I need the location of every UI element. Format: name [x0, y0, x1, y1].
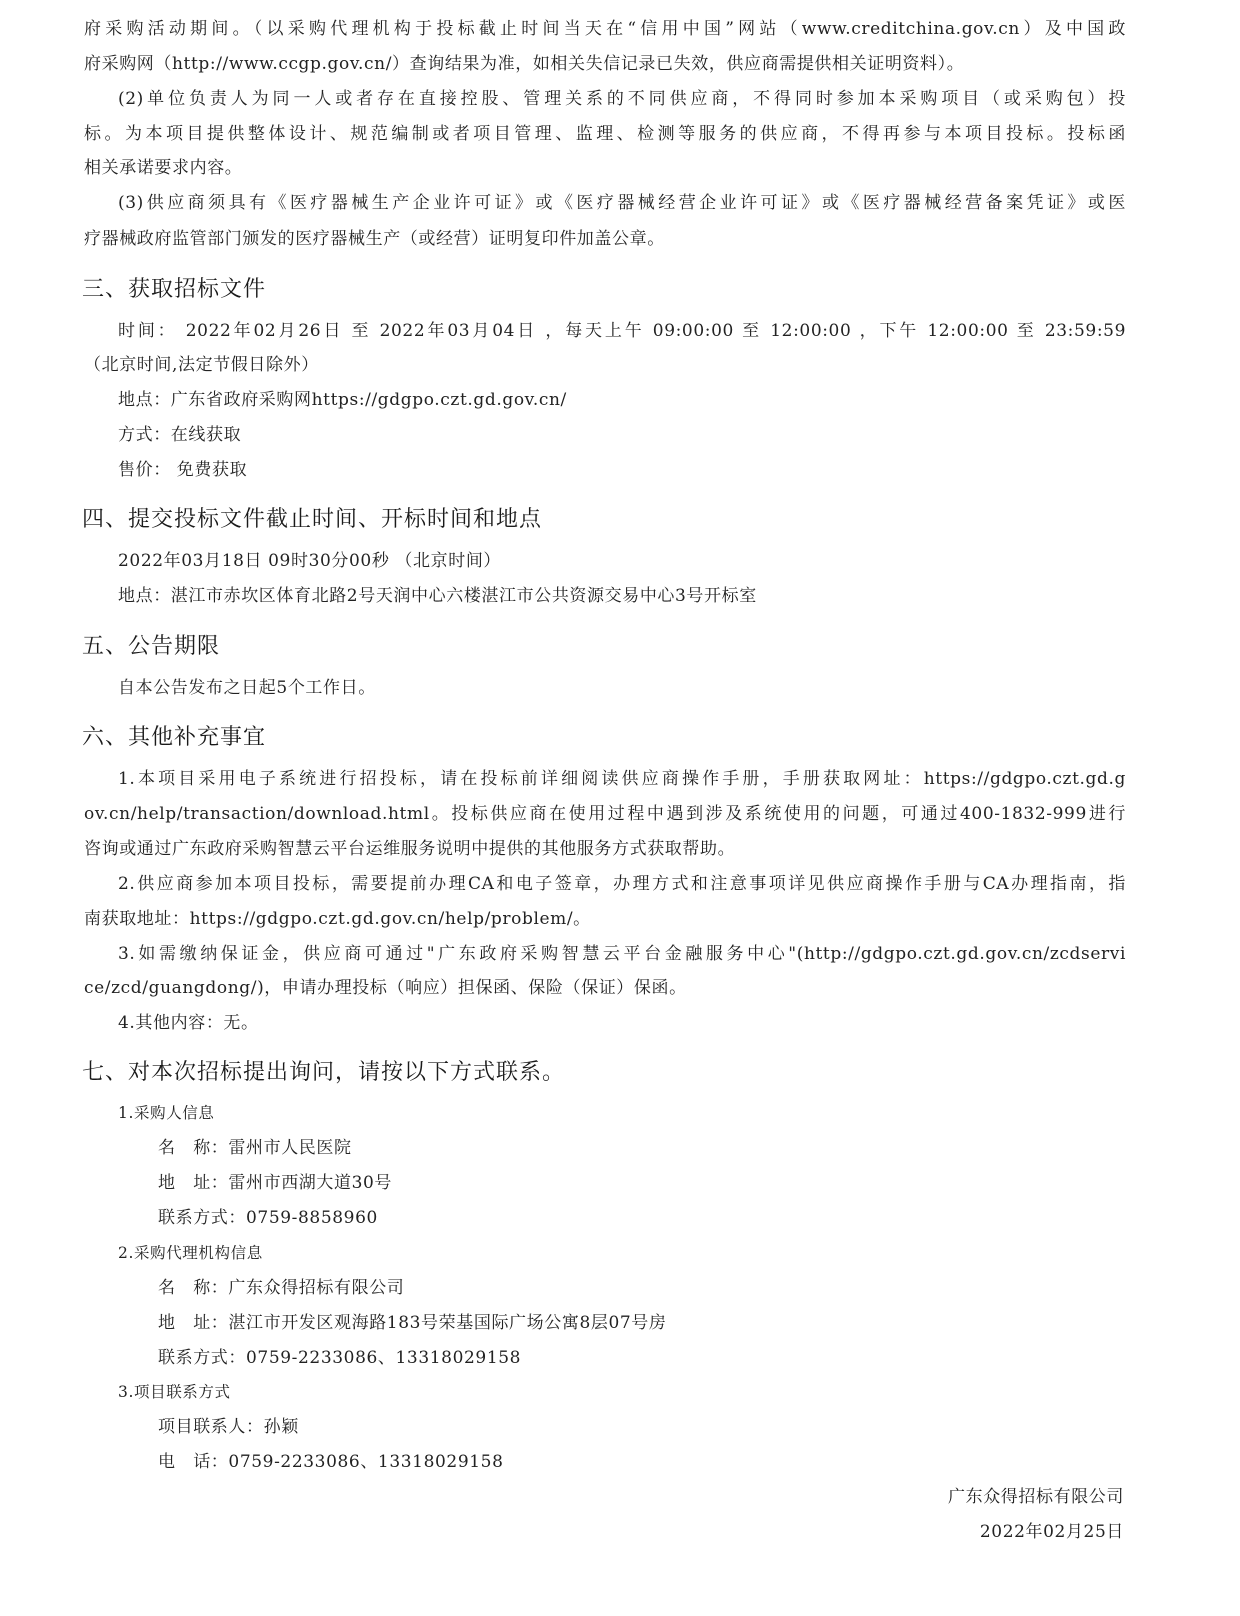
section-heading-5: 五、公告期限 [82, 633, 220, 661]
purchaser-contact: 联系方式：0759-8858960 [158, 1207, 1166, 1229]
project-contact-person: 项目联系人：孙颖 [158, 1416, 1166, 1438]
project-contact-title: 3.项目联系方式 [118, 1381, 1126, 1403]
purchaser-name: 名 称：雷州市人民医院 [158, 1137, 1166, 1159]
acquisition-location: 地点：广东省政府采购网https://gdgpo.czt.gd.gov.cn/ [118, 389, 1126, 411]
supplement-item-3-cont: ce/zcd/guangdong/)，申请办理投标（响应）担保函、保险（保证）保… [84, 977, 1126, 999]
acquisition-price: 售价： 免费获取 [118, 459, 1126, 481]
purchaser-title: 1.采购人信息 [118, 1102, 1126, 1124]
supplement-item-2: 2.供应商参加本项目投标，需要提前办理CA和电子签章，办理方式和注意事项详见供应… [118, 873, 1126, 895]
purchaser-address: 地 址：雷州市西湖大道30号 [158, 1172, 1166, 1194]
requirement-item-2: (2)单位负责人为同一人或者存在直接控股、管理关系的不同供应商，不得同时参加本采… [118, 88, 1126, 110]
opening-location: 地点：湛江市赤坎区体育北路2号天润中心六楼湛江市公共资源交易中心3号开标室 [118, 585, 1126, 607]
intro-line: 府采购活动期间。（以采购代理机构于投标截止时间当天在“信用中国”网站（www.c… [84, 18, 1126, 40]
document-page: 府采购活动期间。（以采购代理机构于投标截止时间当天在“信用中国”网站（www.c… [0, 0, 1240, 1616]
agency-name: 名 称：广东众得招标有限公司 [158, 1277, 1166, 1299]
supplement-item-3: 3.如需缴纳保证金，供应商可通过"广东政府采购智慧云平台金融服务中心"(http… [118, 943, 1126, 965]
requirement-item-3-cont: 疗器械政府监管部门颁发的医疗器械生产（或经营）证明复印件加盖公章。 [84, 228, 1126, 250]
project-contact-phone: 电 话：0759-2233086、13318029158 [158, 1451, 1166, 1473]
agency-address: 地 址：湛江市开发区观海路183号荣基国际广场公寓8层07号房 [158, 1312, 1166, 1334]
supplement-item-1-cont: ov.cn/help/transaction/download.html。投标供… [84, 803, 1126, 825]
submission-deadline: 2022年03月18日 09时30分00秒 （北京时间） [118, 550, 1126, 572]
acquisition-time: 时间： 2022年02月26日 至 2022年03月04日 ，每天上午 09:0… [118, 320, 1126, 342]
acquisition-method: 方式：在线获取 [118, 424, 1126, 446]
section-heading-4: 四、提交投标文件截止时间、开标时间和地点 [82, 506, 542, 534]
requirement-item-2-cont: 相关承诺要求内容。 [84, 157, 1126, 179]
supplement-item-4: 4.其他内容：无。 [118, 1012, 1126, 1034]
acquisition-time-note: （北京时间,法定节假日除外） [84, 354, 1126, 376]
requirement-item-3: (3)供应商须具有《医疗器械生产企业许可证》或《医疗器械经营企业许可证》或《医疗… [118, 192, 1126, 214]
requirement-item-2-cont: 标。为本项目提供整体设计、规范编制或者项目管理、监理、检测等服务的供应商，不得再… [84, 123, 1126, 145]
supplement-item-1-cont: 咨询或通过广东政府采购智慧云平台运维服务说明中提供的其他服务方式获取帮助。 [84, 838, 1126, 860]
signature-date: 2022年02月25日 [980, 1521, 1124, 1543]
agency-contact: 联系方式：0759-2233086、13318029158 [158, 1347, 1166, 1369]
section-heading-7: 七、对本次招标提出询问，请按以下方式联系。 [82, 1059, 565, 1087]
intro-line: 府采购网（http://www.ccgp.gov.cn/）查询结果为准，如相关失… [84, 53, 1126, 75]
notice-period: 自本公告发布之日起5个工作日。 [118, 677, 1126, 699]
section-heading-3: 三、获取招标文件 [82, 276, 266, 304]
agency-title: 2.采购代理机构信息 [118, 1242, 1126, 1264]
supplement-item-1: 1.本项目采用电子系统进行招投标，请在投标前详细阅读供应商操作手册，手册获取网址… [118, 768, 1126, 790]
section-heading-6: 六、其他补充事宜 [82, 724, 266, 752]
signature-company: 广东众得招标有限公司 [948, 1486, 1124, 1508]
supplement-item-2-cont: 南获取地址：https://gdgpo.czt.gd.gov.cn/help/p… [84, 908, 1126, 930]
